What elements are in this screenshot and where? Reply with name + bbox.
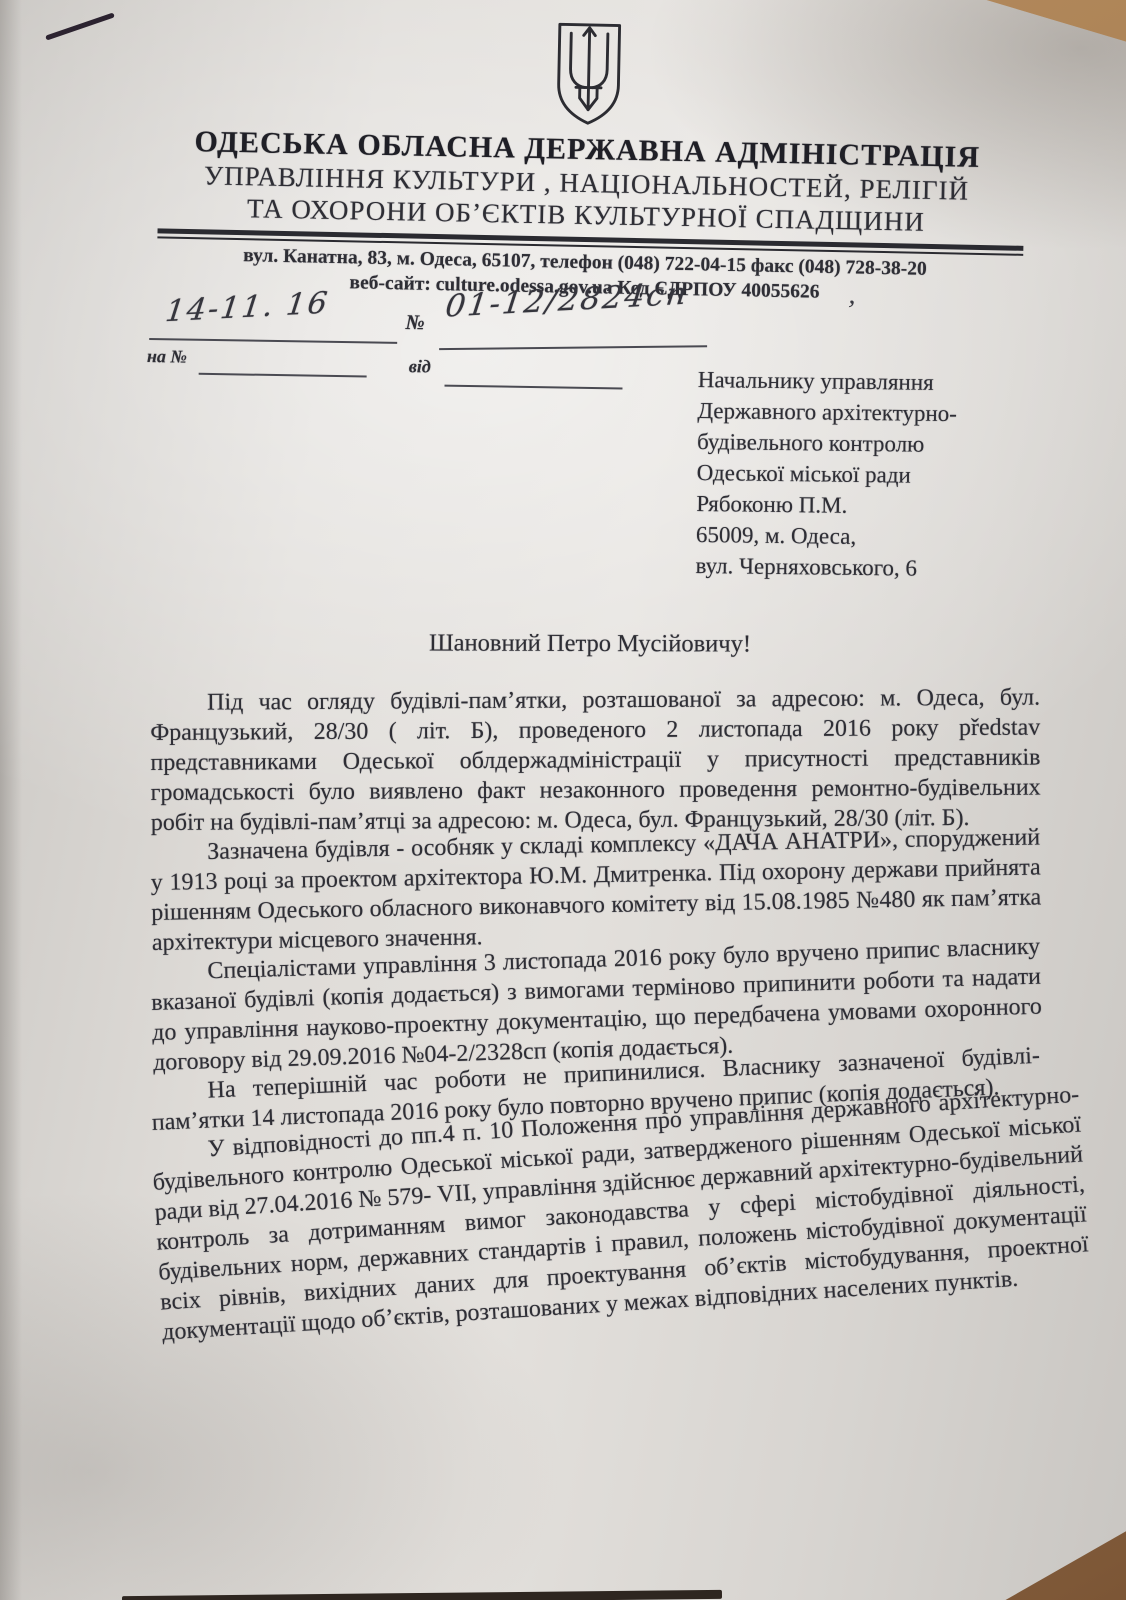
paragraph: Під час огляду будівлі-пам’ятки, розташо… (150, 683, 1041, 838)
number-line (439, 345, 707, 350)
addressee-block: Начальнику управляння Державного архітек… (695, 364, 1038, 585)
addressee-line: вул. Черняховського, 6 (695, 550, 1035, 585)
salutation: Шановний Петро Мусійовичу! (140, 628, 1040, 659)
reply-to-line (199, 373, 367, 378)
reply-to-label: на № (147, 346, 187, 368)
pen-mark (45, 12, 115, 40)
paper-edge-shadow (122, 1590, 722, 1600)
number-sign: № (405, 310, 425, 335)
reference-block: 14-11. 16 № 01-12/2824сп на № від (146, 288, 748, 407)
scanned-letter-photo: ОДЕСЬКА ОБЛАСНА ДЕРЖАВНА АДМІНІСТРАЦІЯ У… (0, 0, 1126, 1600)
letter-body: Під час огляду будівлі-пам’ятки, розташо… (150, 688, 1040, 1348)
reply-from-line (444, 385, 622, 390)
paper-sheet: ОДЕСЬКА ОБЛАСНА ДЕРЖАВНА АДМІНІСТРАЦІЯ У… (0, 0, 1126, 1600)
addressee-line: 65009, м. Одеса, (696, 519, 1036, 554)
addressee-line: Одеської міської ради (696, 457, 1036, 492)
addressee-line: Рябоконю П.М. (696, 488, 1036, 523)
reply-from-label: від (409, 356, 431, 377)
addressee-line: будівельного контролю (697, 426, 1037, 461)
letterhead: ОДЕСЬКА ОБЛАСНА ДЕРЖАВНА АДМІНІСТРАЦІЯ У… (132, 8, 1041, 308)
handwritten-date: 14-11. 16 (163, 286, 331, 330)
date-line (149, 338, 397, 344)
addressee-line: Державного архітектурно- (697, 395, 1037, 430)
ukraine-trident-emblem-icon (547, 20, 631, 128)
addressee-line: Начальнику управляння (698, 364, 1038, 399)
